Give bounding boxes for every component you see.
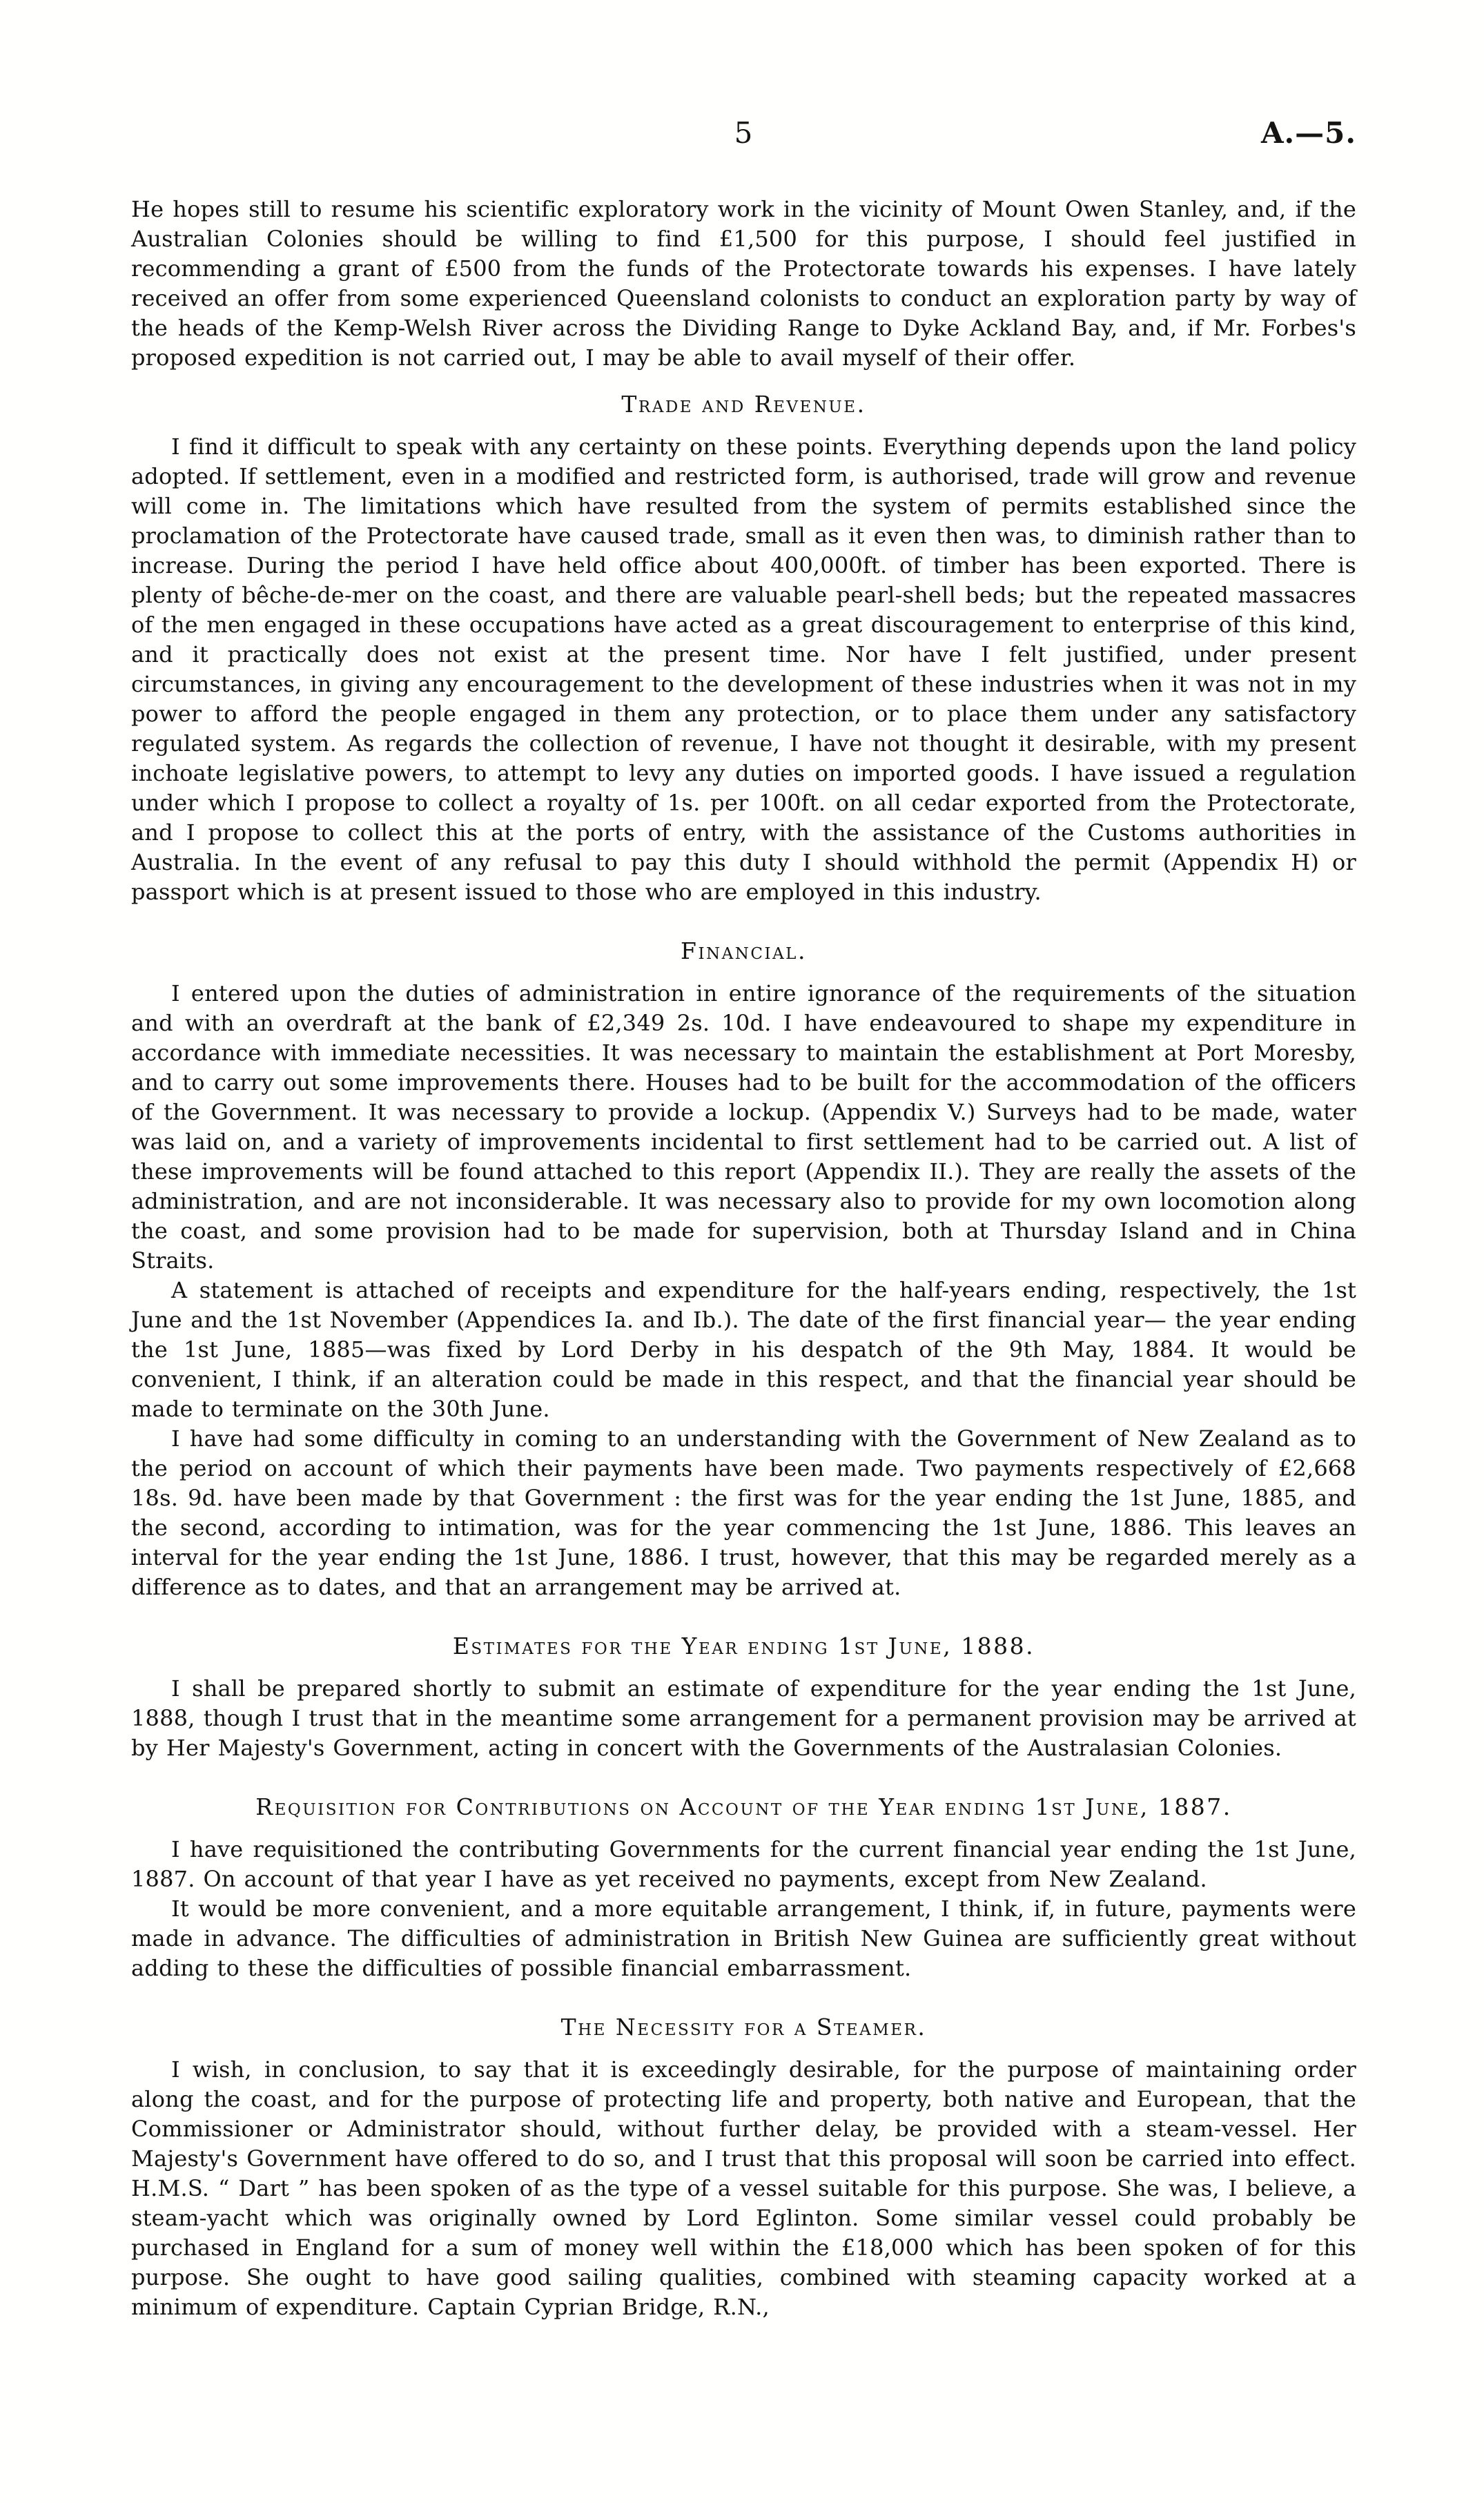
paragraph-requisition-1: I have requisitioned the contributing Go… <box>131 1835 1356 1894</box>
section-heading-trade-and-revenue: Trade and Revenue. <box>131 391 1356 418</box>
section-heading-requisition: Requisition for Contributions on Account… <box>131 1793 1356 1821</box>
document-body: He hopes still to resume his scientific … <box>131 195 1356 2322</box>
document-page: 5 A.—5. He hopes still to resume his sci… <box>0 0 1484 2503</box>
section-heading-estimates: Estimates for the Year ending 1st June, … <box>131 1633 1356 1660</box>
paragraph-financial-2: A statement is attached of receipts and … <box>131 1276 1356 1424</box>
document-reference: A.—5. <box>1261 116 1356 150</box>
paragraph-requisition-2: It would be more convenient, and a more … <box>131 1894 1356 1983</box>
paragraph-financial-1: I entered upon the duties of administrat… <box>131 979 1356 1276</box>
section-heading-steamer: The Necessity for a Steamer. <box>131 2014 1356 2041</box>
page-number: 5 <box>734 116 754 150</box>
paragraph-steamer: I wish, in conclusion, to say that it is… <box>131 2055 1356 2322</box>
paragraph-financial-3: I have had some difficulty in coming to … <box>131 1424 1356 1602</box>
paragraph-continuation: He hopes still to resume his scientific … <box>131 195 1356 373</box>
paragraph-trade: I find it difficult to speak with any ce… <box>131 432 1356 907</box>
page-header: 5 A.—5. <box>131 116 1356 159</box>
section-heading-financial: Financial. <box>131 937 1356 965</box>
paragraph-estimates: I shall be prepared shortly to submit an… <box>131 1674 1356 1763</box>
